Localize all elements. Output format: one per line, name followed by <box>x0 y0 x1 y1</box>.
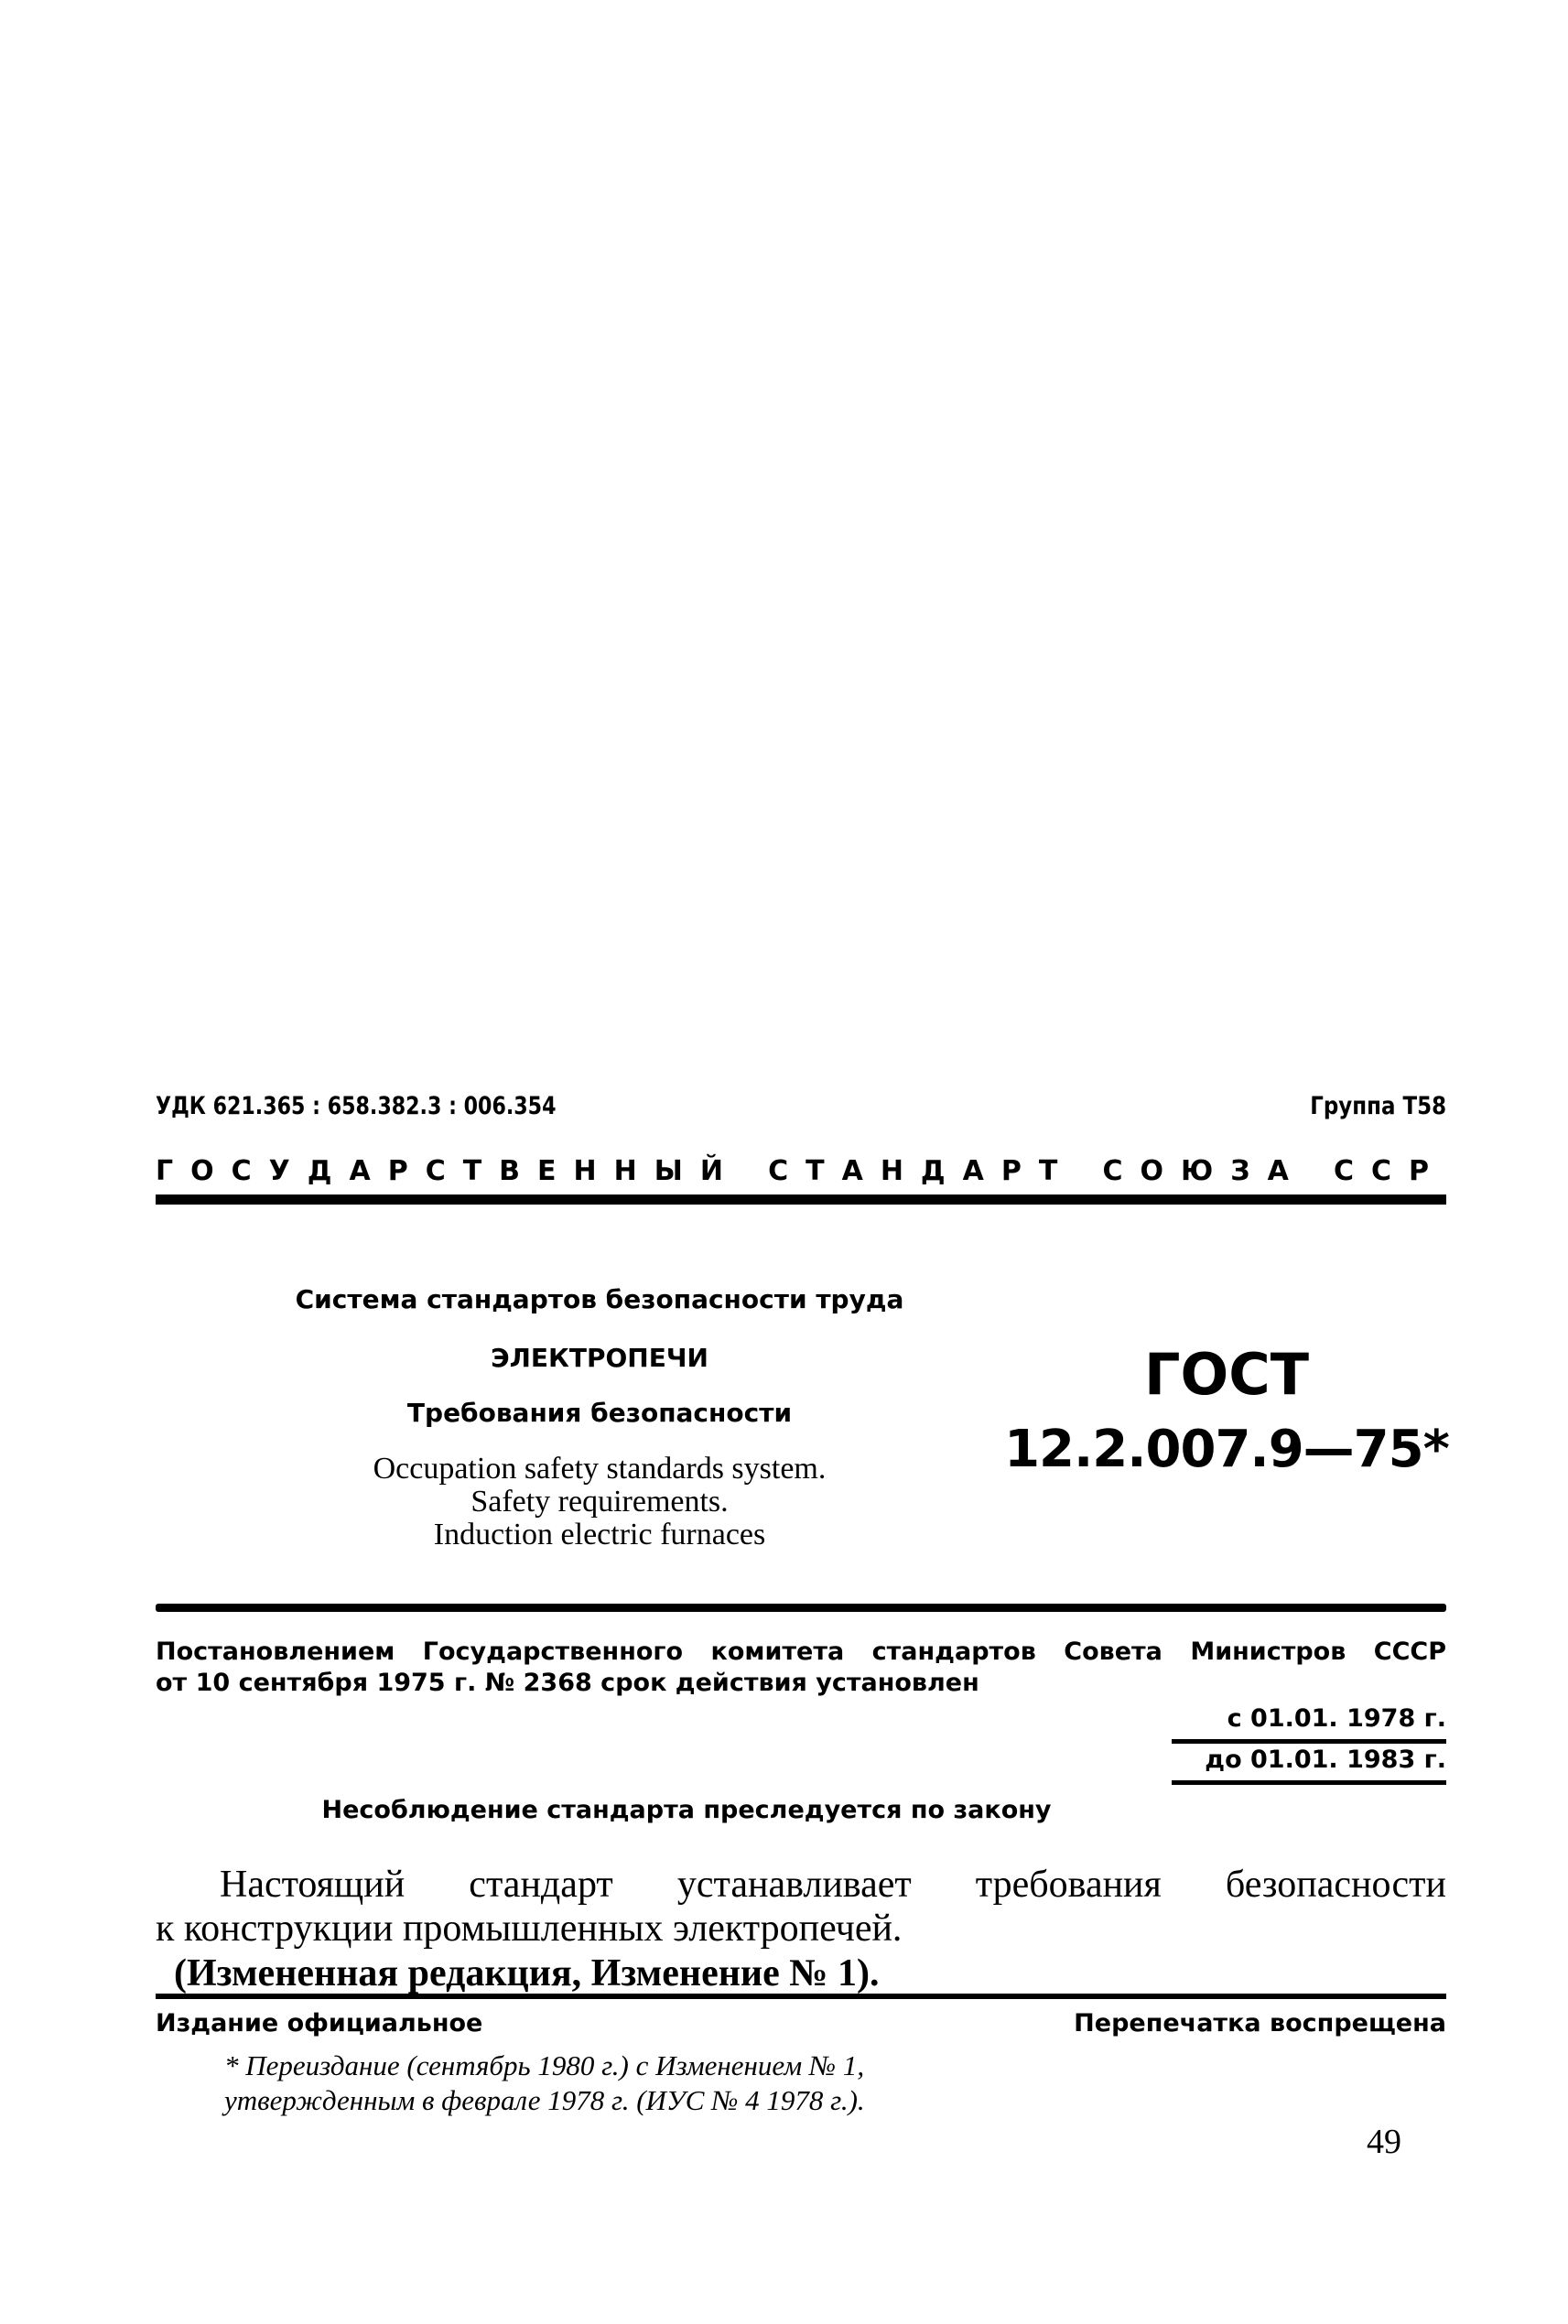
english-title-line: Induction electric furnaces <box>275 1519 925 1551</box>
banner-word: ССР <box>1334 1155 1446 1187</box>
decree-line: от 10 сентября 1975 г. № 2368 срок дейст… <box>156 1668 1446 1699</box>
scope-paragraph: Настоящий стандарт устанавливает требова… <box>156 1863 1446 1951</box>
legal-notice: Несоблюдение стандарта преследуется по з… <box>156 1796 1217 1824</box>
product-title: ЭЛЕКТРОПЕЧИ <box>275 1343 925 1373</box>
standards-system-title: Система стандартов безопасности труда <box>275 1284 925 1314</box>
udk-code: УДК 621.365 : 658.382.3 : 006.354 <box>156 1092 556 1120</box>
page-number: 49 <box>1367 2122 1401 2162</box>
date-underline <box>1172 1780 1446 1785</box>
amendment-note: (Измененная редакция, Изменение № 1). <box>174 1951 879 1995</box>
paragraph-line: Настоящий стандарт устанавливает требова… <box>156 1863 1446 1907</box>
date-underline <box>1172 1739 1446 1744</box>
english-title-line: Occupation safety standards system. <box>275 1453 925 1486</box>
footnote-line: утвержденным в феврале 1978 г. (ИУС № 4 … <box>224 2083 1231 2118</box>
gost-label: ГОСТ <box>998 1341 1455 1408</box>
top-rule-divider <box>156 1194 1446 1205</box>
english-title: Occupation safety standards system. Safe… <box>275 1453 925 1551</box>
middle-rule-divider <box>156 1604 1446 1612</box>
reissue-footnote: * Переиздание (сентябрь 1980 г.) с Измен… <box>224 2048 1231 2118</box>
group-code: Группа Т58 <box>1310 1092 1446 1120</box>
banner-word: ГОСУДАРСТВЕННЫЙ <box>156 1155 741 1187</box>
valid-from-date: с 01.01. 1978 г. <box>1227 1704 1446 1733</box>
banner-word: СТАНДАРТ <box>768 1155 1075 1187</box>
english-title-line: Safety requirements. <box>275 1486 925 1519</box>
official-edition-label: Издание официальное <box>156 2009 482 2038</box>
reprint-prohibited-label: Перепечатка воспрещена <box>1074 2009 1446 2038</box>
paragraph-line: к конструкции промышленных электропечей. <box>156 1907 1446 1951</box>
gost-number: 12.2.007.9—75* <box>998 1420 1455 1479</box>
state-standard-banner: ГОСУДАРСТВЕННЫЙ СТАНДАРТ СОЮЗА ССР <box>156 1155 1446 1187</box>
bottom-rule-divider <box>156 1994 1446 1999</box>
requirements-subtitle: Требования безопасности <box>275 1398 925 1428</box>
banner-word: СОЮЗА <box>1103 1155 1306 1187</box>
footnote-line: * Переиздание (сентябрь 1980 г.) с Измен… <box>224 2048 1231 2083</box>
decree-text: Постановлением Государственного комитета… <box>156 1637 1446 1699</box>
decree-line: Постановлением Государственного комитета… <box>156 1637 1446 1668</box>
valid-to-date: до 01.01. 1983 г. <box>1205 1746 1446 1774</box>
